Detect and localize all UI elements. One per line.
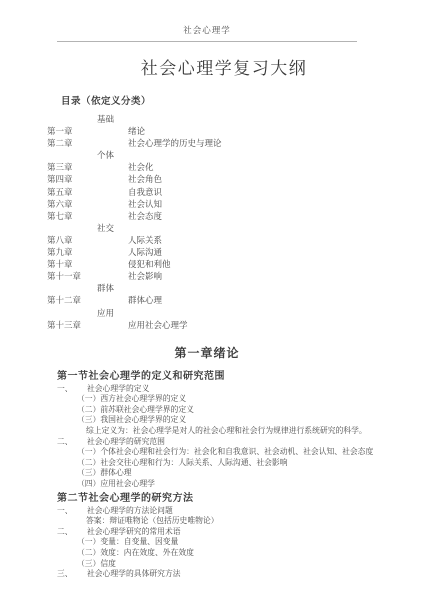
toc-chapter-title: 社会心理学的历史与理论 [128,138,423,150]
toc-row: 第六章 社会认知 [47,199,423,211]
toc-chapter-title: 侵犯和利他 [128,259,423,271]
document-page: 社会心理学 社会心理学复习大纲 目录（依定义分类） 基础 第一章 绪论 第二章 … [0,0,423,600]
toc-row: 第十二章 群体心理 [47,295,423,307]
toc-chapter-num: 第十一章 [47,271,128,283]
outline-item-num: 一、社会心理学的方法论问题 [57,506,377,517]
outline-item-paren: （四）应用社会心理学 [57,479,377,490]
toc-category-label: 群体 [47,283,423,295]
toc-row: 第十一章 社会影响 [47,271,423,283]
toc-chapter-title: 人际沟通 [128,247,423,259]
toc-chapter-title: 群体心理 [128,295,423,307]
toc-chapter-num: 第二章 [47,138,128,150]
toc-chapter-title: 社会态度 [128,211,423,223]
outline-item-text: 社会心理学研究的常用术语 [87,527,181,538]
toc-chapter-num: 第一章 [47,126,128,138]
toc-chapter-num: 第十章 [47,259,128,271]
toc-chapters: 第一章 绪论 第二章 社会心理学的历史与理论 [47,126,423,150]
toc-chapter-num: 第十二章 [47,295,128,307]
outline-item-paren: （三）群体心理 [57,468,377,479]
toc-chapter-title: 社会认知 [128,199,423,211]
outline-item-paren: （一）西方社会心理学界的定义 [57,394,377,405]
toc-chapter-title: 社会角色 [128,174,423,186]
toc-group: 社交 第八章 人际关系 第九章 人际沟通 第十章 侵犯和利他 第十一章 社会影响 [47,223,423,283]
outline-item-num: 三、社会心理学的具体研究方法 [57,569,377,580]
outline-item-num: 二、社会心理学研究的常用术语 [57,527,377,538]
toc-chapter-title: 社会影响 [128,271,423,283]
outline-item-num: 一、社会心理学的定义 [57,384,377,395]
toc-category-label: 社交 [47,223,423,235]
toc-chapter-title: 社会化 [128,162,423,174]
toc-chapters: 第十三章 应用社会心理学 [47,320,423,332]
toc-row: 第三章 社会化 [47,162,423,174]
toc-group: 群体 第十二章 群体心理 [47,283,423,307]
toc-chapters: 第十二章 群体心理 [47,295,423,307]
toc-row: 第十章 侵犯和利他 [47,259,423,271]
running-header: 社会心理学 [57,24,357,42]
outline-item-paren: （二）效度：内在效度、外在效度 [57,548,377,559]
outline-item-section: 第一节社会心理学的定义和研究范围 [57,370,377,384]
outline-item-paren: （一）个体社会心理和社会行为：社会化和自我意识、社会动机、社会认知、社会态度 [57,447,377,458]
toc-chapter-title: 人际关系 [128,235,423,247]
outline-item-paren: （二）前苏联社会心理学界的定义 [57,405,377,416]
outline-item-number: 二、 [57,527,87,538]
outline: 第一节社会心理学的定义和研究范围一、社会心理学的定义（一）西方社会心理学界的定义… [57,370,377,580]
toc-row: 第七章 社会态度 [47,211,423,223]
toc-row: 第十三章 应用社会心理学 [47,320,423,332]
outline-item-number: 一、 [57,506,87,517]
toc-category-label: 应用 [47,308,423,320]
chapter-heading: 第一章绪论 [57,344,357,361]
toc-chapters: 第八章 人际关系 第九章 人际沟通 第十章 侵犯和利他 第十一章 社会影响 [47,235,423,283]
outline-item-note: 答案：辩证唯物论（包括历史唯物论） [57,516,377,527]
toc-group: 应用 第十三章 应用社会心理学 [47,308,423,332]
toc-row: 第二章 社会心理学的历史与理论 [47,138,423,150]
toc-group: 基础 第一章 绪论 第二章 社会心理学的历史与理论 [47,114,423,150]
toc-chapter-num: 第五章 [47,187,128,199]
toc-chapter-num: 第三章 [47,162,128,174]
outline-item-number: 一、 [57,384,87,395]
outline-item-text: 社会心理学的方法论问题 [87,506,173,517]
outline-item-paren: （三）信度 [57,559,377,570]
toc-chapter-title: 自我意识 [128,187,423,199]
outline-item-num: 二、社会心理学的研究范围 [57,437,377,448]
toc-row: 第四章 社会角色 [47,174,423,186]
toc-row: 第八章 人际关系 [47,235,423,247]
outline-item-note: 综上定义为：社会心理学是对人的社会心理和社会行为规律进行系统研究的科学。 [57,426,377,437]
toc-chapter-title: 应用社会心理学 [128,320,423,332]
outline-item-paren: （一）变量：自变量、因变量 [57,537,377,548]
document-title: 社会心理学复习大纲 [74,54,374,79]
outline-item-number: 三、 [57,569,87,580]
toc-heading: 目录（依定义分类） [61,93,423,107]
toc-group: 个体 第三章 社会化 第四章 社会角色 第五章 自我意识 第六章 社会认知 第七… [47,150,423,223]
outline-item-section: 第二节社会心理学的研究方法 [57,492,377,506]
toc-chapters: 第三章 社会化 第四章 社会角色 第五章 自我意识 第六章 社会认知 第七章 社… [47,162,423,222]
toc-chapter-title: 绪论 [128,126,423,138]
outline-item-text: 社会心理学的定义 [87,384,149,395]
toc-chapter-num: 第八章 [47,235,128,247]
outline-item-number: 二、 [57,437,87,448]
toc-row: 第九章 人际沟通 [47,247,423,259]
outline-item-paren: （三）我国社会心理学界的定义 [57,415,377,426]
outline-item-text: 社会心理学的具体研究方法 [87,569,181,580]
toc-chapter-num: 第十三章 [47,320,128,332]
outline-item-text: 社会心理学的研究范围 [87,437,165,448]
toc-row: 第五章 自我意识 [47,187,423,199]
toc-chapter-num: 第九章 [47,247,128,259]
toc-row: 第一章 绪论 [47,126,423,138]
toc-chapter-num: 第七章 [47,211,128,223]
toc-category-label: 基础 [47,114,423,126]
toc-category-label: 个体 [47,150,423,162]
toc-list: 基础 第一章 绪论 第二章 社会心理学的历史与理论 个体 第三章 社会化 第四章… [47,114,423,332]
outline-item-paren: （二）社会交往心理和行为：人际关系、人际沟通、社会影响 [57,458,377,469]
toc-chapter-num: 第六章 [47,199,128,211]
toc-chapter-num: 第四章 [47,174,128,186]
